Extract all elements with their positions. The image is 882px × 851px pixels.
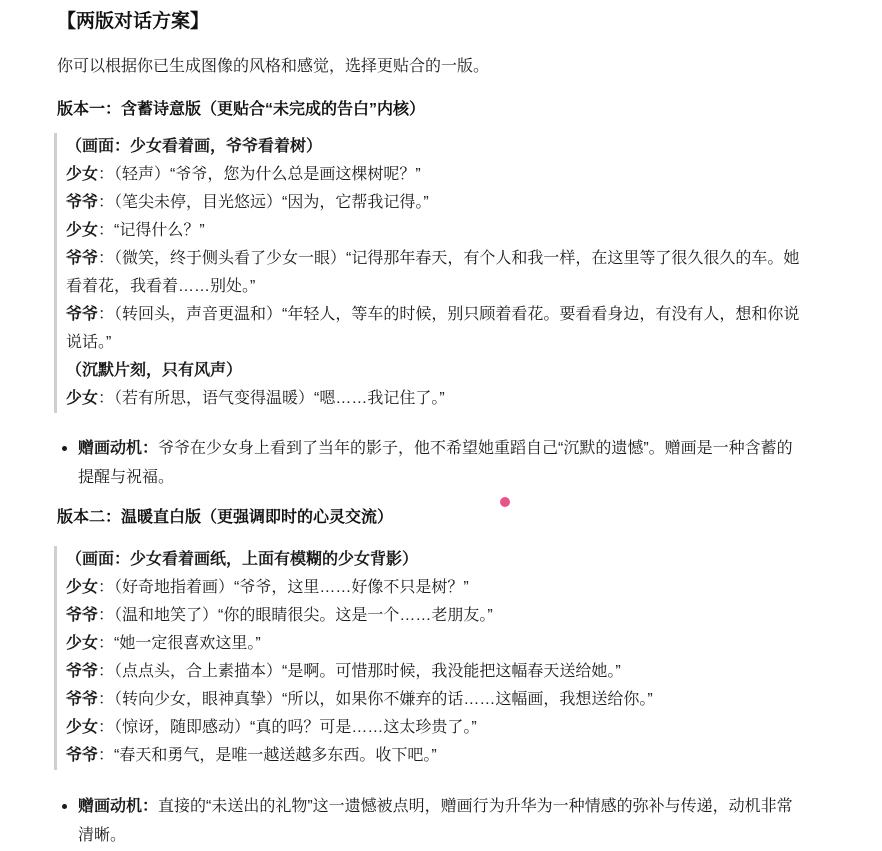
stage-direction: （沉默片刻，只有风声） <box>66 357 808 385</box>
dialogue-line: 少女：“记得什么？” <box>66 217 808 245</box>
speaker-name: 爷爷 <box>66 194 98 211</box>
dialogue-text: ：（点点头，合上素描本）“是啊。可惜那时候，我没能把这幅春天送给她。” <box>98 663 621 680</box>
document-page: 【两版对话方案】 你可以根据你已生成图像的风格和感觉，选择更贴合的一版。 版本一… <box>0 0 882 850</box>
dialogue-text: ：（微笑，终于侧头看了少女一眼）“记得那年春天，有个人和我一样，在这里等了很久很… <box>66 250 799 295</box>
page-title: 【两版对话方案】 <box>57 10 808 34</box>
speaker-name: 少女 <box>66 222 98 239</box>
version2-motivation-list: 赠画动机：直接的“未送出的礼物”这一遗憾被点明，赠画行为升华为一种情感的弥补与传… <box>57 792 808 850</box>
speaker-name: 爷爷 <box>66 306 98 323</box>
speaker-name: 少女 <box>66 719 98 736</box>
speaker-name: 少女 <box>66 579 98 596</box>
stage-text: （画面：少女看着画纸，上面有模糊的少女背影） <box>66 551 418 568</box>
version1-heading: 版本一：含蓄诗意版（更贴合“未完成的告白”内核） <box>57 97 808 122</box>
version1-dialogue-quote: （画面：少女看着画，爷爷看着树） 少女：（轻声）“爷爷，您为什么总是画这棵树呢？… <box>54 133 808 413</box>
motivation-text: 爷爷在少女身上看到了当年的影子，他不希望她重蹈自己“沉默的遗憾”。赠画是一种含蓄… <box>78 440 793 486</box>
dialogue-text: ：（笔尖未停，目光悠远）“因为，它帮我记得。” <box>98 194 429 211</box>
dialogue-line: 爷爷：（微笑，终于侧头看了少女一眼）“记得那年春天，有个人和我一样，在这里等了很… <box>66 245 808 301</box>
motivation-text: 直接的“未送出的礼物”这一遗憾被点明，赠画行为升华为一种情感的弥补与传递，动机非… <box>78 798 793 844</box>
version2-dialogue-quote: （画面：少女看着画纸，上面有模糊的少女背影） 少女：（好奇地指着画）“爷爷，这里… <box>54 546 808 770</box>
stage-text: （沉默片刻，只有风声） <box>66 362 242 379</box>
speaker-name: 爷爷 <box>66 663 98 680</box>
dialogue-line: 爷爷：（点点头，合上素描本）“是啊。可惜那时候，我没能把这幅春天送给她。” <box>66 658 808 686</box>
motivation-item: 赠画动机：爷爷在少女身上看到了当年的影子，他不希望她重蹈自己“沉默的遗憾”。赠画… <box>78 434 808 492</box>
dialogue-line: 爷爷：（笔尖未停，目光悠远）“因为，它帮我记得。” <box>66 189 808 217</box>
intro-paragraph: 你可以根据你已生成图像的风格和感觉，选择更贴合的一版。 <box>57 54 808 79</box>
dialogue-line: 爷爷：（转向少女，眼神真挚）“所以，如果你不嫌弃的话……这幅画，我想送给你。” <box>66 686 808 714</box>
dialogue-text: ：（好奇地指着画）“爷爷，这里……好像不只是树？” <box>98 579 469 596</box>
dialogue-line: 爷爷：（转回头，声音更温和）“年轻人，等车的时候，别只顾着看花。要看看身边，有没… <box>66 301 808 357</box>
stage-text: （画面：少女看着画，爷爷看着树） <box>66 138 322 155</box>
motivation-item: 赠画动机：直接的“未送出的礼物”这一遗憾被点明，赠画行为升华为一种情感的弥补与传… <box>78 792 808 850</box>
speaker-name: 少女 <box>66 390 98 407</box>
dialogue-line: 少女：（惊讶，随即感动）“真的吗？可是……这太珍贵了。” <box>66 714 808 742</box>
dialogue-text: ：（转回头，声音更温和）“年轻人，等车的时候，别只顾着看花。要看看身边，有没有人… <box>66 306 799 351</box>
speaker-name: 少女 <box>66 166 98 183</box>
dialogue-line: 爷爷：“春天和勇气，是唯一越送越多东西。收下吧。” <box>66 742 808 770</box>
dialogue-line: 少女：（好奇地指着画）“爷爷，这里……好像不只是树？” <box>66 574 808 602</box>
dialogue-text: ：（温和地笑了）“你的眼睛很尖。这是一个……老朋友。” <box>98 607 493 624</box>
version2-heading: 版本二：温暖直白版（更强调即时的心灵交流） <box>57 505 808 530</box>
motivation-label: 赠画动机： <box>78 798 158 815</box>
dialogue-line: 爷爷：（温和地笑了）“你的眼睛很尖。这是一个……老朋友。” <box>66 602 808 630</box>
dialogue-text: ：（轻声）“爷爷，您为什么总是画这棵树呢？” <box>98 166 421 183</box>
stage-direction: （画面：少女看着画纸，上面有模糊的少女背影） <box>66 546 808 574</box>
stage-direction: （画面：少女看着画，爷爷看着树） <box>66 133 808 161</box>
speaker-name: 爷爷 <box>66 747 98 764</box>
dialogue-text: ：（惊讶，随即感动）“真的吗？可是……这太珍贵了。” <box>98 719 477 736</box>
speaker-name: 爷爷 <box>66 607 98 624</box>
speaker-name: 爷爷 <box>66 691 98 708</box>
dialogue-line: 少女：（轻声）“爷爷，您为什么总是画这棵树呢？” <box>66 161 808 189</box>
dialogue-text: ：“春天和勇气，是唯一越送越多东西。收下吧。” <box>98 747 437 764</box>
dialogue-line: 少女：“她一定很喜欢这里。” <box>66 630 808 658</box>
version1-motivation-list: 赠画动机：爷爷在少女身上看到了当年的影子，他不希望她重蹈自己“沉默的遗憾”。赠画… <box>57 434 808 492</box>
speaker-name: 少女 <box>66 635 98 652</box>
dialogue-text: ：（若有所思，语气变得温暖）“嗯……我记住了。” <box>98 390 445 407</box>
dialogue-text: ：（转向少女，眼神真挚）“所以，如果你不嫌弃的话……这幅画，我想送给你。” <box>98 691 653 708</box>
speaker-name: 爷爷 <box>66 250 98 267</box>
dialogue-line: 少女：（若有所思，语气变得温暖）“嗯……我记住了。” <box>66 385 808 413</box>
dialogue-text: ：“她一定很喜欢这里。” <box>98 635 261 652</box>
dialogue-text: ：“记得什么？” <box>98 222 205 239</box>
cursor-dot <box>500 497 510 507</box>
motivation-label: 赠画动机： <box>78 440 158 457</box>
